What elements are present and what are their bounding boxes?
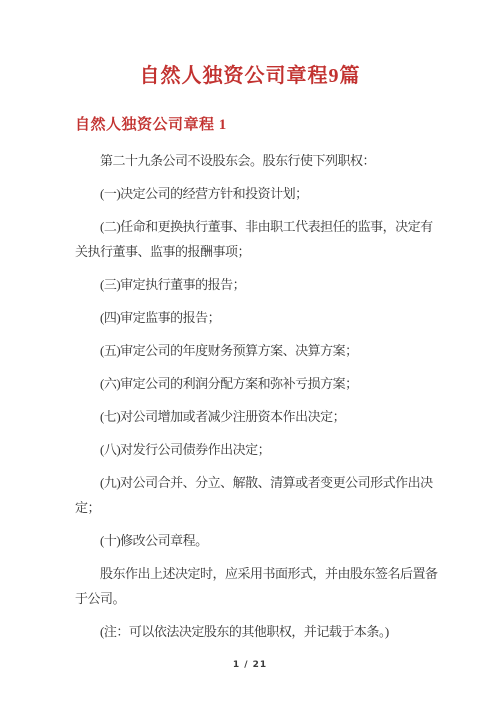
paragraph: (六)审定公司的利润分配方案和弥补亏损方案； [75,371,440,396]
paragraph: 第二十九条公司不设股东会。股东行使下列职权： [75,148,440,173]
paragraph-line: (一)决定公司的经营方针和投资计划； [100,186,308,201]
paragraph-line: 定； [75,500,100,515]
paragraph-line: (十)修改公司章程。 [100,533,208,548]
paragraph-line: (六)审定公司的利润分配方案和弥补亏损方案； [100,376,358,391]
paragraph: (注：可以依法决定股东的其他职权，并记载于本条。) [75,619,440,644]
paragraph-line: (三)审定执行董事的报告； [100,277,245,292]
paragraph: (五)审定公司的年度财务预算方案、决算方案； [75,338,440,363]
paragraph: (八)对发行公司债券作出决定； [75,437,440,462]
paragraph: 股东作出上述决定时，应采用书面形式，并由股东签名后置备于公司。 [75,561,440,611]
section-heading: 自然人独资公司章程 1 [75,114,500,136]
paragraph: (十)修改公司章程。 [75,528,440,553]
document-page: 自然人独资公司章程9篇 自然人独资公司章程 1 第二十九条公司不设股东会。股东行… [0,0,500,707]
paragraph-line: 于公司。 [75,591,125,606]
document-title: 自然人独资公司章程9篇 [40,62,460,90]
paragraph-line: (五)审定公司的年度财务预算方案、决算方案； [100,343,358,358]
paragraph-line: (二)任命和更换执行董事、非由职工代表担任的监事，决定有 [100,219,433,234]
paragraph: (三)审定执行董事的报告； [75,272,440,297]
paragraph: (四)审定监事的报告； [75,305,440,330]
paragraph-line: 关执行董事、监事的报酬事项； [75,244,250,259]
paragraph: (九)对公司合并、分立、解散、清算或者变更公司形式作出决定； [75,470,440,520]
paragraph-line: 股东作出上述决定时，应采用书面形式，并由股东签名后置备 [100,566,438,581]
paragraph-line: (四)审定监事的报告； [100,310,220,325]
document-body: 第二十九条公司不设股东会。股东行使下列职权：(一)决定公司的经营方针和投资计划；… [75,148,440,644]
paragraph-line: (七)对公司增加或者减少注册资本作出决定； [100,409,345,424]
paragraph: (一)决定公司的经营方针和投资计划； [75,181,440,206]
paragraph: (二)任命和更换执行董事、非由职工代表担任的监事，决定有关执行董事、监事的报酬事… [75,214,440,264]
paragraph-line: (注：可以依法决定股东的其他职权，并记载于本条。) [100,624,389,639]
paragraph-line: 第二十九条公司不设股东会。股东行使下列职权： [100,153,375,168]
paragraph-line: (八)对发行公司债券作出决定； [100,442,270,457]
page-number: 1 / 21 [0,660,500,670]
paragraph: (七)对公司增加或者减少注册资本作出决定； [75,404,440,429]
paragraph-line: (九)对公司合并、分立、解散、清算或者变更公司形式作出决 [100,475,433,490]
